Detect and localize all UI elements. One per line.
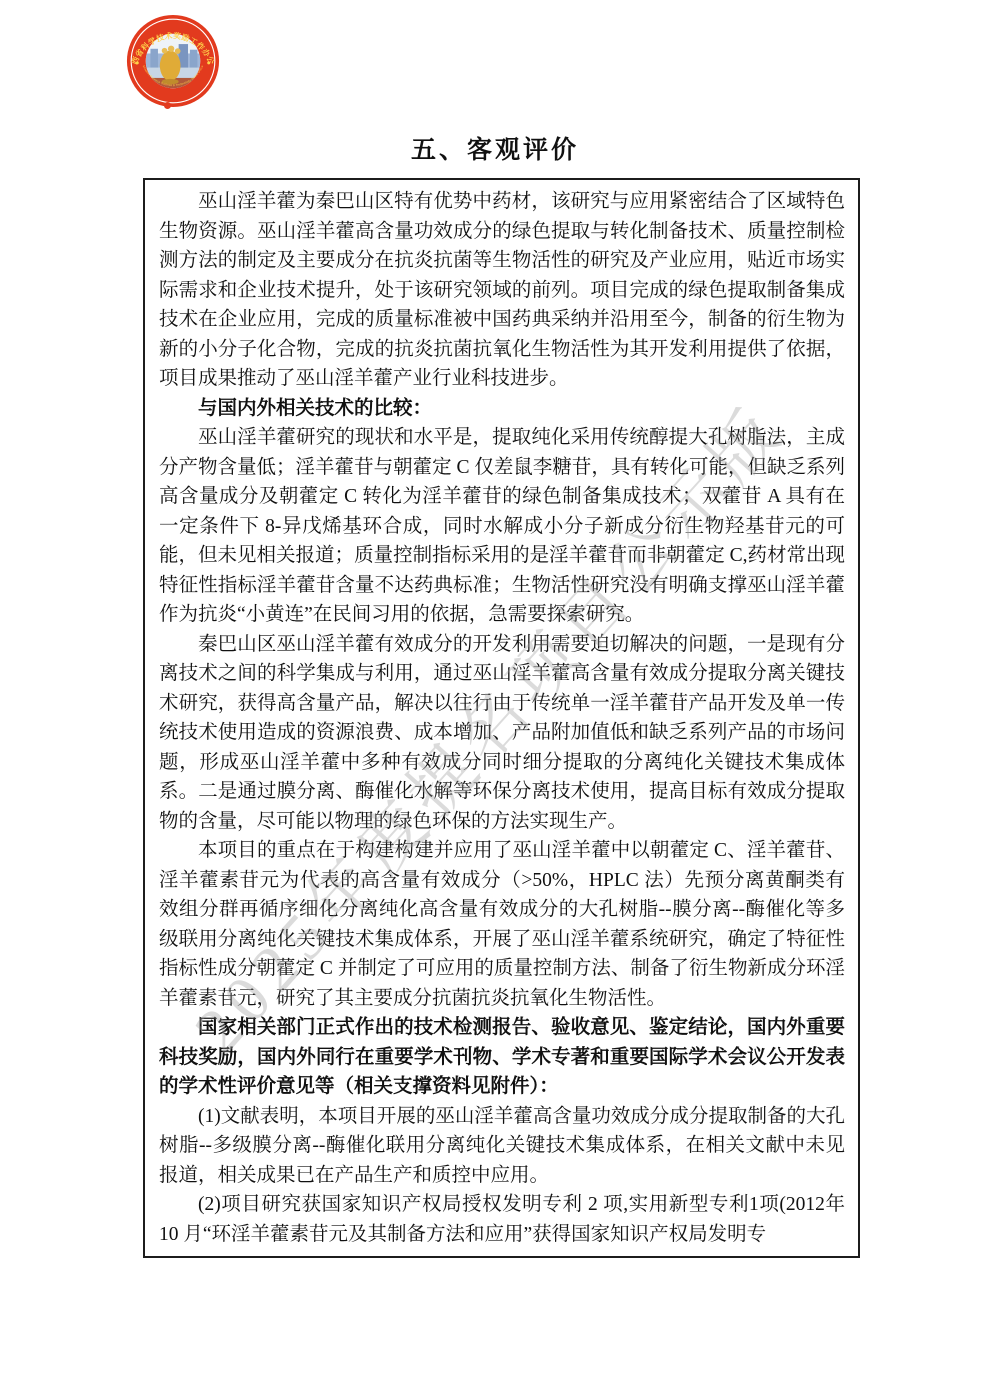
paragraph-literature-item-1: (1)文献表明，本项目开展的巫山淫羊藿高含量功效成分成分提取制备的大孔树脂--多… <box>159 1102 845 1191</box>
evaluation-content-box: 巫山淫羊藿为秦巴山区特有优势中药材，该研究与应用紧密结合了区域特色生物资源。巫山… <box>143 178 860 1258</box>
paragraph-overview: 巫山淫羊藿为秦巴山区特有优势中药材，该研究与应用紧密结合了区域特色生物资源。巫山… <box>159 187 845 394</box>
trophy-icon <box>160 51 181 81</box>
org-seal-icon: 陕西省科学技术奖励工作办公室 Shaanxi Province Science … <box>126 14 220 108</box>
paragraph-problems: 秦巴山区巫山淫羊藿有效成分的开发利用需要迫切解决的问题，一是现有分离技术之间的科… <box>159 630 845 837</box>
seal-bottom-mark <box>164 102 171 109</box>
paragraph-official-evaluation-heading: 国家相关部门正式作出的技术检测报告、验收意见、鉴定结论，国内外重要科技奖励，国内… <box>159 1013 845 1102</box>
org-seal-logo: 陕西省科学技术奖励工作办公室 Shaanxi Province Science … <box>126 14 220 108</box>
document-page: 陕西省科学技术奖励工作办公室 Shaanxi Province Science … <box>0 0 990 1399</box>
paragraph-research-status: 巫山淫羊藿研究的现状和水平是，提取纯化采用传统醇提大孔树脂法，主成分产物含量低；… <box>159 423 845 630</box>
paragraph-project-focus: 本项目的重点在于构建构建并应用了巫山淫羊藿中以朝藿定 C、淫羊藿苷、淫羊藿素苷元… <box>159 836 845 1013</box>
paragraph-comparison-heading: 与国内外相关技术的比较： <box>159 394 845 424</box>
page-title: 五、客观评价 <box>0 130 990 166</box>
paragraph-patent-item-2: (2)项目研究获国家知识产权局授权发明专利 2 项,实用新型专利1项(2012年… <box>159 1190 845 1249</box>
